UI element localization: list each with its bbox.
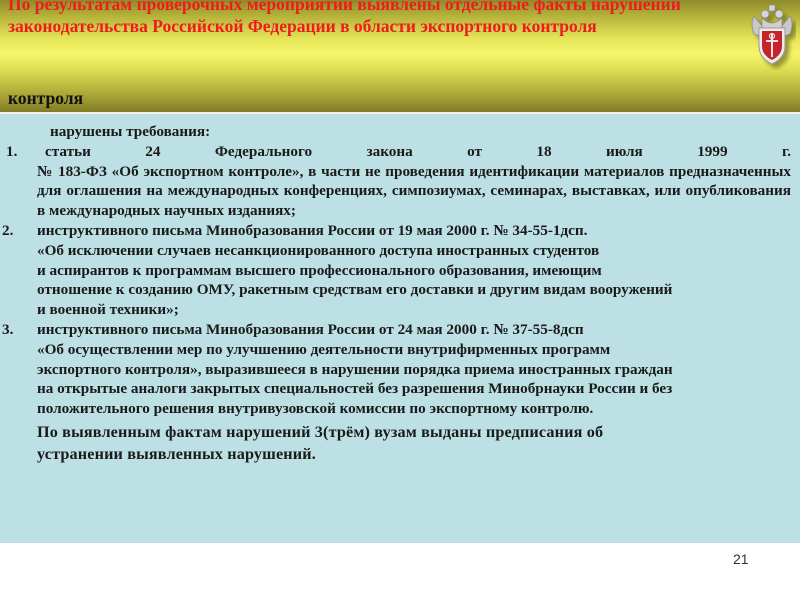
list-number: 3. — [2, 320, 13, 340]
list-item-line: положительного решения внутривузовской к… — [37, 399, 791, 419]
intro-text: нарушены требования: — [0, 122, 800, 142]
summary-line: По выявленным фактам нарушений 3(трём) в… — [37, 421, 800, 443]
list-item-line: и военной техники»; — [37, 300, 791, 320]
list-item-line: и аспирантов к программам высшего профес… — [37, 261, 791, 281]
list-item-line: инструктивного письма Минобразования Рос… — [37, 320, 791, 340]
slide-title: По результатам проверочных мероприятий в… — [8, 0, 738, 37]
list-item-text: № 183-ФЗ «Об экспортном контроле», в час… — [37, 162, 791, 221]
summary-text: По выявленным фактам нарушений 3(трём) в… — [0, 421, 800, 465]
list-item-line: инструктивного письма Минобразования Рос… — [37, 221, 791, 241]
list-item-3: 3. инструктивного письма Минобразования … — [0, 320, 800, 419]
list-item-1: 1. статьи 24 Федерального закона от 18 и… — [0, 142, 800, 221]
list-item-line: статьи 24 Федерального закона от 18 июля… — [37, 142, 791, 162]
page-number: 21 — [733, 551, 749, 567]
list-item-line: отношение к созданию ОМУ, ракетным средс… — [37, 280, 791, 300]
emblem-icon — [748, 2, 796, 70]
content-body: нарушены требования: 1. статьи 24 Федера… — [0, 122, 800, 465]
list-item-line: «Об осуществлении мер по улучшению деяте… — [37, 340, 791, 360]
slide-subtitle: контроля — [8, 88, 83, 108]
list-number: 2. — [2, 221, 13, 241]
list-item-line: на открытые аналоги закрытых специальнос… — [37, 379, 791, 399]
summary-line: устранении выявленных нарушений. — [37, 443, 800, 465]
list-item-2: 2. инструктивного письма Минобразования … — [0, 221, 800, 320]
content-panel: нарушены требования: 1. статьи 24 Федера… — [0, 114, 800, 543]
list-number: 1. — [6, 142, 17, 162]
slide-header: По результатам проверочных мероприятий в… — [0, 0, 800, 112]
list-item-line: экспортного контроля», выразившееся в на… — [37, 360, 791, 380]
list-item-line: «Об исключении случаев несанкционированн… — [37, 241, 791, 261]
